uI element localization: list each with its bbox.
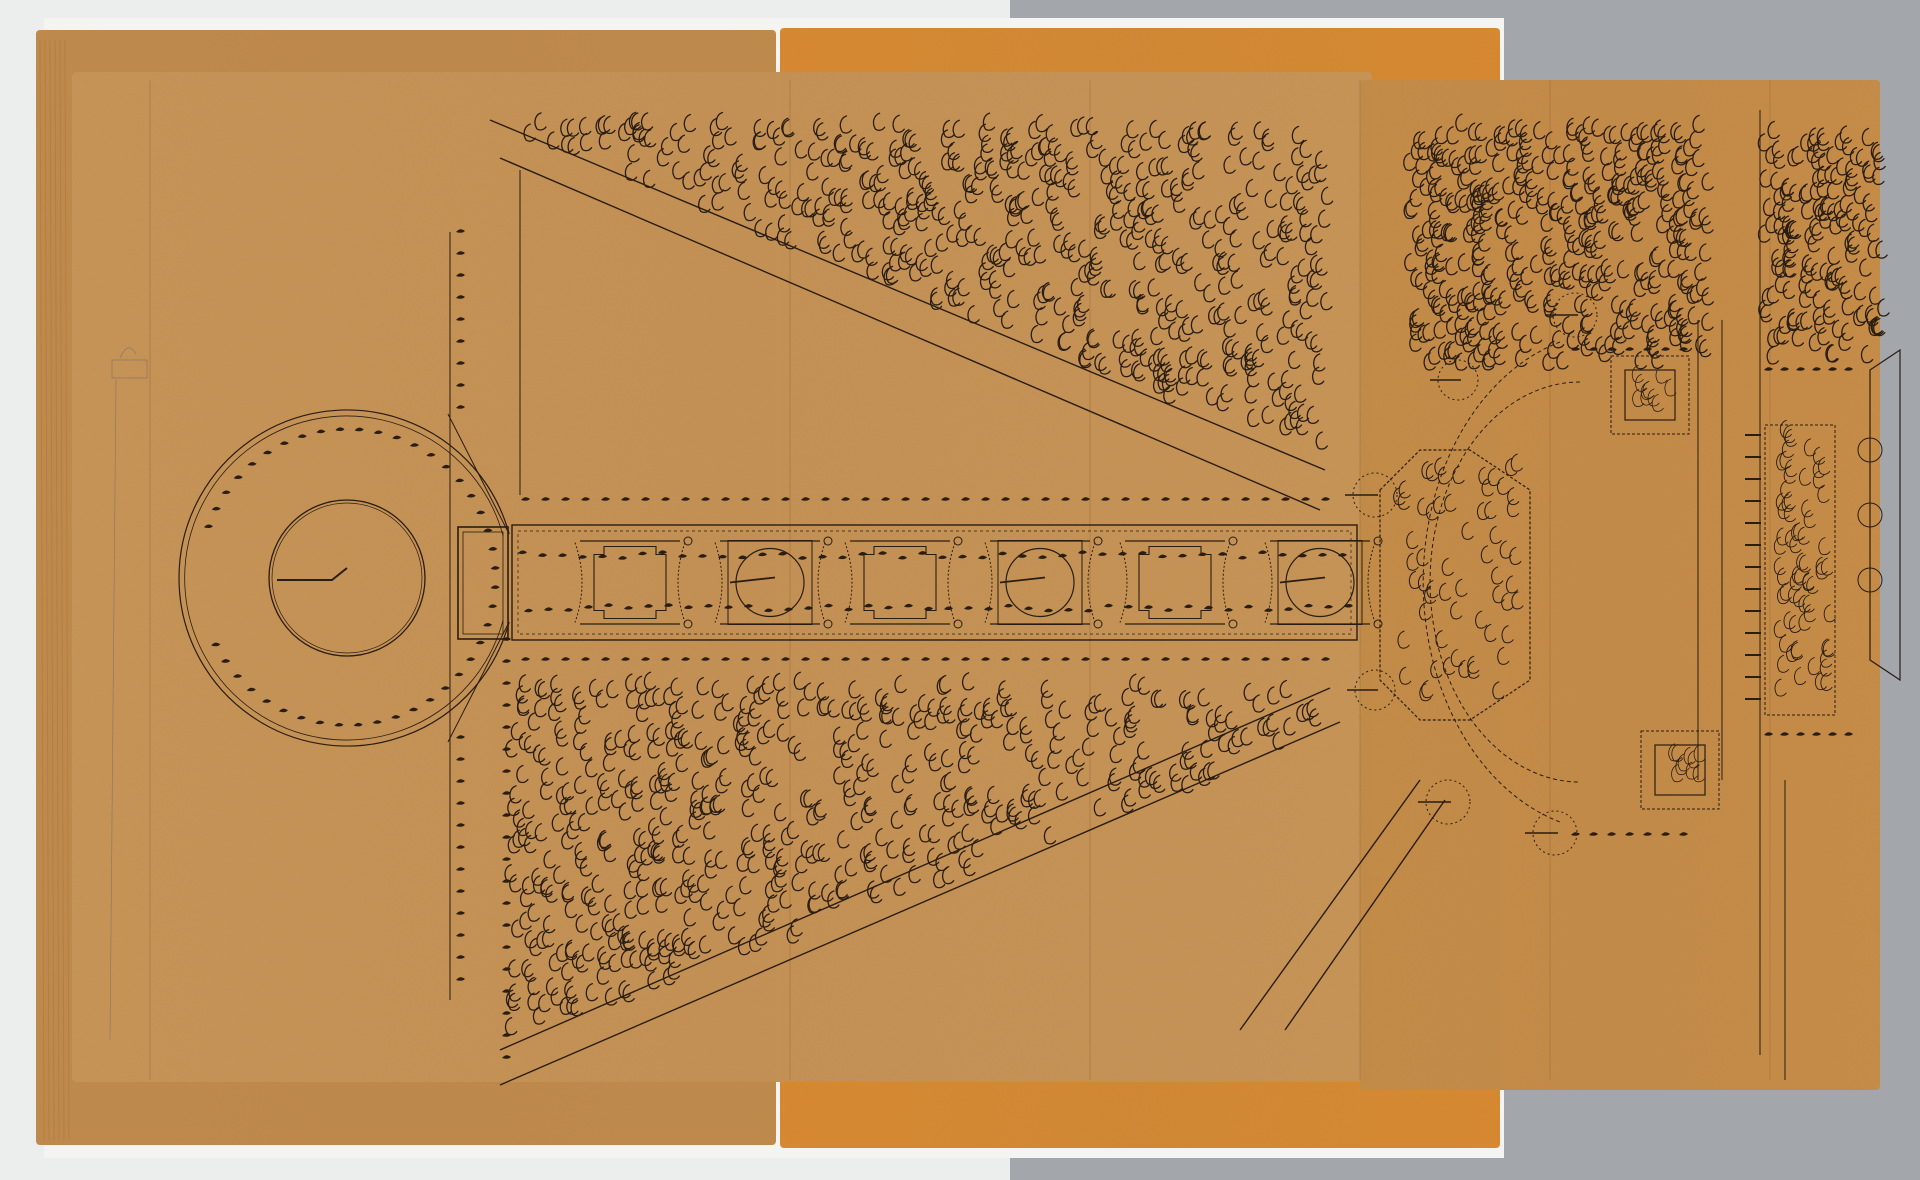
grain bbox=[72, 72, 1372, 1082]
scanned-garden-plan bbox=[0, 0, 1920, 1180]
paper-grain bbox=[36, 28, 1880, 1148]
